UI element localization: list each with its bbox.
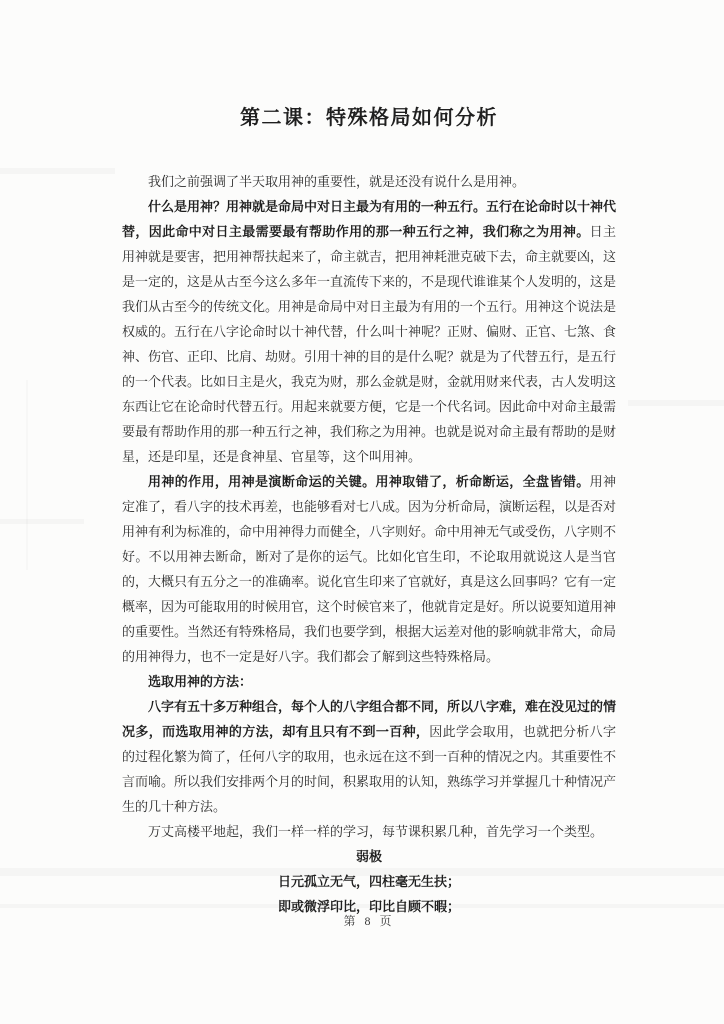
scan-streak [26, 380, 28, 570]
scan-streak [0, 168, 115, 174]
verse-heading-ruoji: 弱极 [122, 844, 616, 869]
scanned-document-page: 第二课：特殊格局如何分析 我们之前强调了半天取用神的重要性，就是还没有说什么是用… [0, 0, 724, 1024]
page-number-footer: 第 8 页 [122, 912, 616, 929]
paragraph-learning-plan: 万丈高楼平地起，我们一样一样的学习，每节课积累几种，首先学习一个类型。 [122, 819, 616, 844]
verse-line-1: 日元孤立无气，四柱毫无生扶； [122, 869, 616, 894]
page-title: 第二课：特殊格局如何分析 [122, 101, 616, 130]
paragraph-bold-lead: 什么是用神？用神就是命局中对日主最为有用的一种五行。五行在论命时以十神代替，因此… [122, 199, 616, 239]
paragraph-text: 我们之前强调了半天取用神的重要性，就是还没有说什么是用神。 [148, 174, 525, 189]
paragraph-yongshen-function: 用神的作用，用神是演断命运的关键。用神取错了，析命断运，全盘皆错。用神定准了，看… [122, 469, 616, 669]
paragraph-text: 日主用神就是要害，把用神帮扶起来了，命主就吉，把用神耗泄克破下去，命主就要凶，这… [122, 224, 616, 464]
paragraph-text: 万丈高楼平地起，我们一样一样的学习，每节课积累几种，首先学习一个类型。 [148, 824, 603, 839]
paragraph-intro: 我们之前强调了半天取用神的重要性，就是还没有说什么是用神。 [122, 169, 616, 194]
heading-method-label: 选取用神的方法： [148, 674, 252, 689]
paragraph-combinations: 八字有五十多万种组合，每个人的八字组合都不同，所以八字难，难在没见过的情况多，而… [122, 694, 616, 819]
document-body: 我们之前强调了半天取用神的重要性，就是还没有说什么是用神。 什么是用神？用神就是… [122, 169, 616, 919]
heading-method: 选取用神的方法： [122, 669, 616, 694]
paragraph-what-is-yongshen: 什么是用神？用神就是命局中对日主最为有用的一种五行。五行在论命时以十神代替，因此… [122, 194, 616, 469]
paragraph-bold-lead: 用神的作用，用神是演断命运的关键。用神取错了，析命断运，全盘皆错。 [148, 474, 590, 489]
scan-streak [0, 519, 84, 524]
scan-streak [628, 400, 724, 406]
paragraph-text: 用神定准了，看八字的技术再差，也能够看对七八成。因为分析命局，演断运程，以是否对… [122, 474, 616, 664]
